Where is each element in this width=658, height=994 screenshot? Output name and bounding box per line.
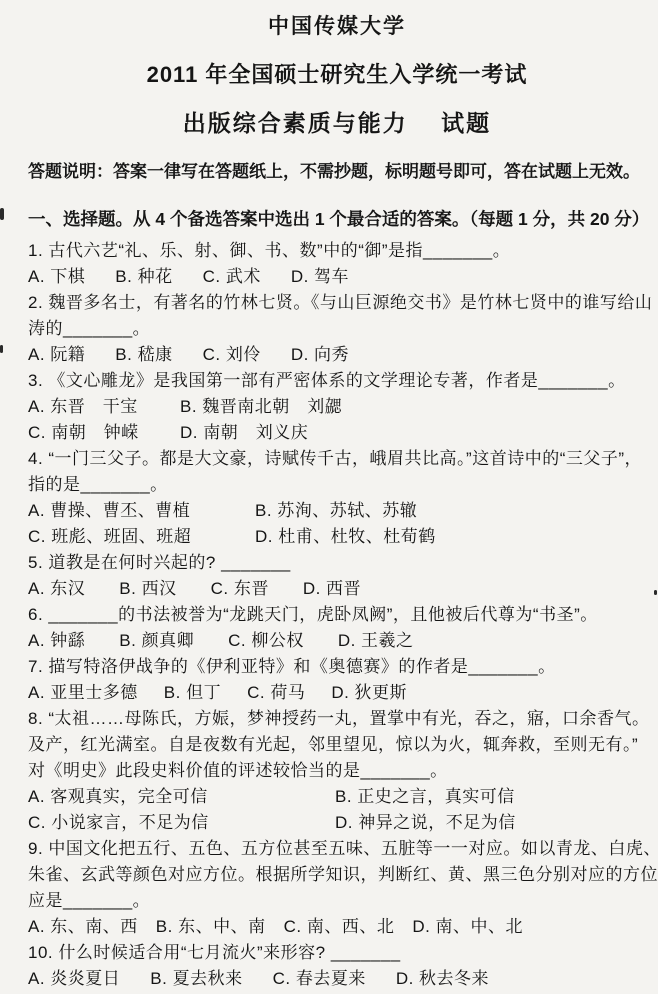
option-item: D. 王羲之 [338, 628, 414, 654]
option-item: C. 刘伶 [203, 342, 261, 368]
question-text: 3. 《文心雕龙》是我国第一部有严密体系的文学理论专著，作者是_______。 [28, 368, 646, 394]
option-item: D. 杜甫、杜牧、杜荀鹤 [255, 524, 436, 550]
option-item: A. 东晋 干宝 [28, 394, 180, 420]
question-text: 应是_______。 [28, 888, 646, 914]
question-block-8: 8. “太祖……母陈氏，方娠，梦神授药一丸，置掌中有光，吞之，寤，口余香气。 及… [28, 706, 646, 836]
option-row: A. 下棋 B. 种花 C. 武术 D. 驾车 [28, 264, 646, 290]
question-text: 朱雀、玄武等颜色对应方位。根据所学知识，判断红、黄、黑三色分别对应的方位 [28, 862, 646, 888]
option-item: D. 狄更斯 [331, 680, 407, 706]
exam-title-university: 中国传媒大学 [28, 13, 646, 41]
question-block-3: 3. 《文心雕龙》是我国第一部有严密体系的文学理论专著，作者是_______。 … [28, 368, 646, 446]
option-item: A. 曹操、曹丕、曹植 [28, 498, 255, 524]
exam-title-session: 2011 年全国硕士研究生入学统一考试 [28, 60, 646, 90]
question-text: 2. 魏晋多名士，有著名的竹林七贤。《与山巨源绝交书》是竹林七贤中的谁写给山 [28, 290, 646, 316]
option-row: A. 亚里士多德 B. 但丁 C. 荷马 D. 狄更斯 [28, 680, 646, 706]
option-item: B. 西汉 [119, 576, 176, 602]
option-row: A. 阮籍 B. 嵇康 C. 刘伶 D. 向秀 [28, 342, 646, 368]
question-text: 涛的_______。 [28, 316, 646, 342]
question-text: 7. 描写特洛伊战争的《伊利亚特》和《奥德赛》的作者是_______。 [28, 654, 646, 680]
option-item: A. 客观真实，完全可信 [28, 784, 335, 810]
option-row: A. 钟繇 B. 颜真卿 C. 柳公权 D. 王羲之 [28, 628, 646, 654]
option-item: C. 柳公权 [228, 628, 304, 654]
option-item: D. 南、中、北 [412, 914, 523, 940]
option-item: A. 炎炎夏日 [28, 966, 120, 992]
question-text: 对《明史》此段史料价值的评述较恰当的是_______。 [28, 758, 646, 784]
option-item: B. 种花 [115, 264, 172, 290]
option-item: A. 东汉 [28, 576, 85, 602]
option-item: C. 小说家言，不足为信 [28, 810, 335, 836]
question-area: 1. 古代六艺“礼、乐、射、御、书、数”中的“御”是指_______。 A. 下… [28, 238, 646, 992]
option-item: D. 驾车 [291, 264, 349, 290]
option-row: A. 东、南、西 B. 东、中、南 C. 南、西、北 D. 南、中、北 [28, 914, 646, 940]
question-block-1: 1. 古代六艺“礼、乐、射、御、书、数”中的“御”是指_______。 A. 下… [28, 238, 646, 290]
option-item: D. 南朝 刘义庆 [180, 420, 308, 446]
option-row: A. 东汉 B. 西汉 C. 东晋 D. 西晋 [28, 576, 646, 602]
option-item: A. 亚里士多德 [28, 680, 138, 706]
option-item: B. 但丁 [164, 680, 221, 706]
answer-instructions: 答题说明：答案一律写在答题纸上，不需抄题，标明题号即可，答在试题上无效。 [28, 161, 646, 183]
scan-artifact [654, 590, 657, 595]
option-item: B. 东、中、南 [156, 914, 266, 940]
question-text: 及产，红光满室。自是夜数有光起，邻里望见，惊以为火，辄奔救，至则无有。” [28, 732, 646, 758]
exam-paper: 中国传媒大学 2011 年全国硕士研究生入学统一考试 出版综合素质与能力 试题 … [0, 0, 658, 994]
option-item: B. 魏晋南北朝 刘勰 [180, 394, 342, 420]
option-row: C. 小说家言，不足为信 D. 神异之说，不足为信 [28, 810, 646, 836]
option-item: B. 夏去秋来 [150, 966, 242, 992]
section-header: 一、选择题。从 4 个备选答案中选出 1 个最合适的答案。（每题 1 分，共 2… [28, 208, 646, 231]
option-row: A. 东晋 干宝 B. 魏晋南北朝 刘勰 [28, 394, 646, 420]
option-item: C. 南、西、北 [284, 914, 395, 940]
question-block-2: 2. 魏晋多名士，有著名的竹林七贤。《与山巨源绝交书》是竹林七贤中的谁写给山 涛… [28, 290, 646, 368]
option-item: B. 嵇康 [115, 342, 172, 368]
option-item: B. 正史之言，真实可信 [335, 784, 515, 810]
question-block-10: 10. 什么时候适合用“七月流火”来形容? _______ A. 炎炎夏日 B.… [28, 940, 646, 992]
option-row: A. 炎炎夏日 B. 夏去秋来 C. 春去夏来 D. 秋去冬来 [28, 966, 646, 992]
option-item: C. 南朝 钟嵘 [28, 420, 180, 446]
option-item: B. 颜真卿 [119, 628, 194, 654]
option-item: A. 阮籍 [28, 342, 85, 368]
option-item: B. 苏洵、苏轼、苏辙 [255, 498, 417, 524]
option-row: C. 班彪、班固、班超 D. 杜甫、杜牧、杜荀鹤 [28, 524, 646, 550]
option-item: C. 东晋 [211, 576, 269, 602]
option-item: C. 班彪、班固、班超 [28, 524, 255, 550]
question-block-4: 4. “一门三父子。都是大文豪，诗赋传千古，峨眉共比高。”这首诗中的“三父子”，… [28, 446, 646, 550]
scan-artifact [0, 208, 4, 220]
question-block-5: 5. 道教是在何时兴起的? _______ A. 东汉 B. 西汉 C. 东晋 … [28, 550, 646, 602]
option-row: A. 客观真实，完全可信 B. 正史之言，真实可信 [28, 784, 646, 810]
question-text: 9. 中国文化把五行、五色、五方位甚至五味、五脏等一一对应。如以青龙、白虎、 [28, 836, 646, 862]
option-item: C. 春去夏来 [273, 966, 366, 992]
option-item: A. 东、南、西 [28, 914, 138, 940]
option-item: C. 荷马 [247, 680, 305, 706]
option-item: D. 神异之说，不足为信 [335, 810, 516, 836]
question-text: 5. 道教是在何时兴起的? _______ [28, 550, 646, 576]
option-row: C. 南朝 钟嵘 D. 南朝 刘义庆 [28, 420, 646, 446]
question-text: 1. 古代六艺“礼、乐、射、御、书、数”中的“御”是指_______。 [28, 238, 646, 264]
option-item: A. 下棋 [28, 264, 85, 290]
option-item: C. 武术 [203, 264, 261, 290]
question-text: 8. “太祖……母陈氏，方娠，梦神授药一丸，置掌中有光，吞之，寤，口余香气。 [28, 706, 646, 732]
question-text: 4. “一门三父子。都是大文豪，诗赋传千古，峨眉共比高。”这首诗中的“三父子”， [28, 446, 646, 472]
question-text: 10. 什么时候适合用“七月流火”来形容? _______ [28, 940, 646, 966]
option-row: A. 曹操、曹丕、曹植 B. 苏洵、苏轼、苏辙 [28, 498, 646, 524]
question-text: 指的是_______。 [28, 472, 646, 498]
option-item: D. 向秀 [291, 342, 349, 368]
question-block-9: 9. 中国文化把五行、五色、五方位甚至五味、五脏等一一对应。如以青龙、白虎、 朱… [28, 836, 646, 940]
option-item: D. 秋去冬来 [396, 966, 489, 992]
exam-title-subject: 出版综合素质与能力 试题 [28, 108, 646, 138]
question-block-7: 7. 描写特洛伊战争的《伊利亚特》和《奥德赛》的作者是_______。 A. 亚… [28, 654, 646, 706]
scan-artifact [0, 345, 3, 353]
question-text: 6. _______的书法被誉为“龙跳天门，虎卧凤阙”，且他被后代尊为“书圣”。 [28, 602, 646, 628]
option-item: D. 西晋 [303, 576, 361, 602]
option-item: A. 钟繇 [28, 628, 85, 654]
question-block-6: 6. _______的书法被誉为“龙跳天门，虎卧凤阙”，且他被后代尊为“书圣”。… [28, 602, 646, 654]
